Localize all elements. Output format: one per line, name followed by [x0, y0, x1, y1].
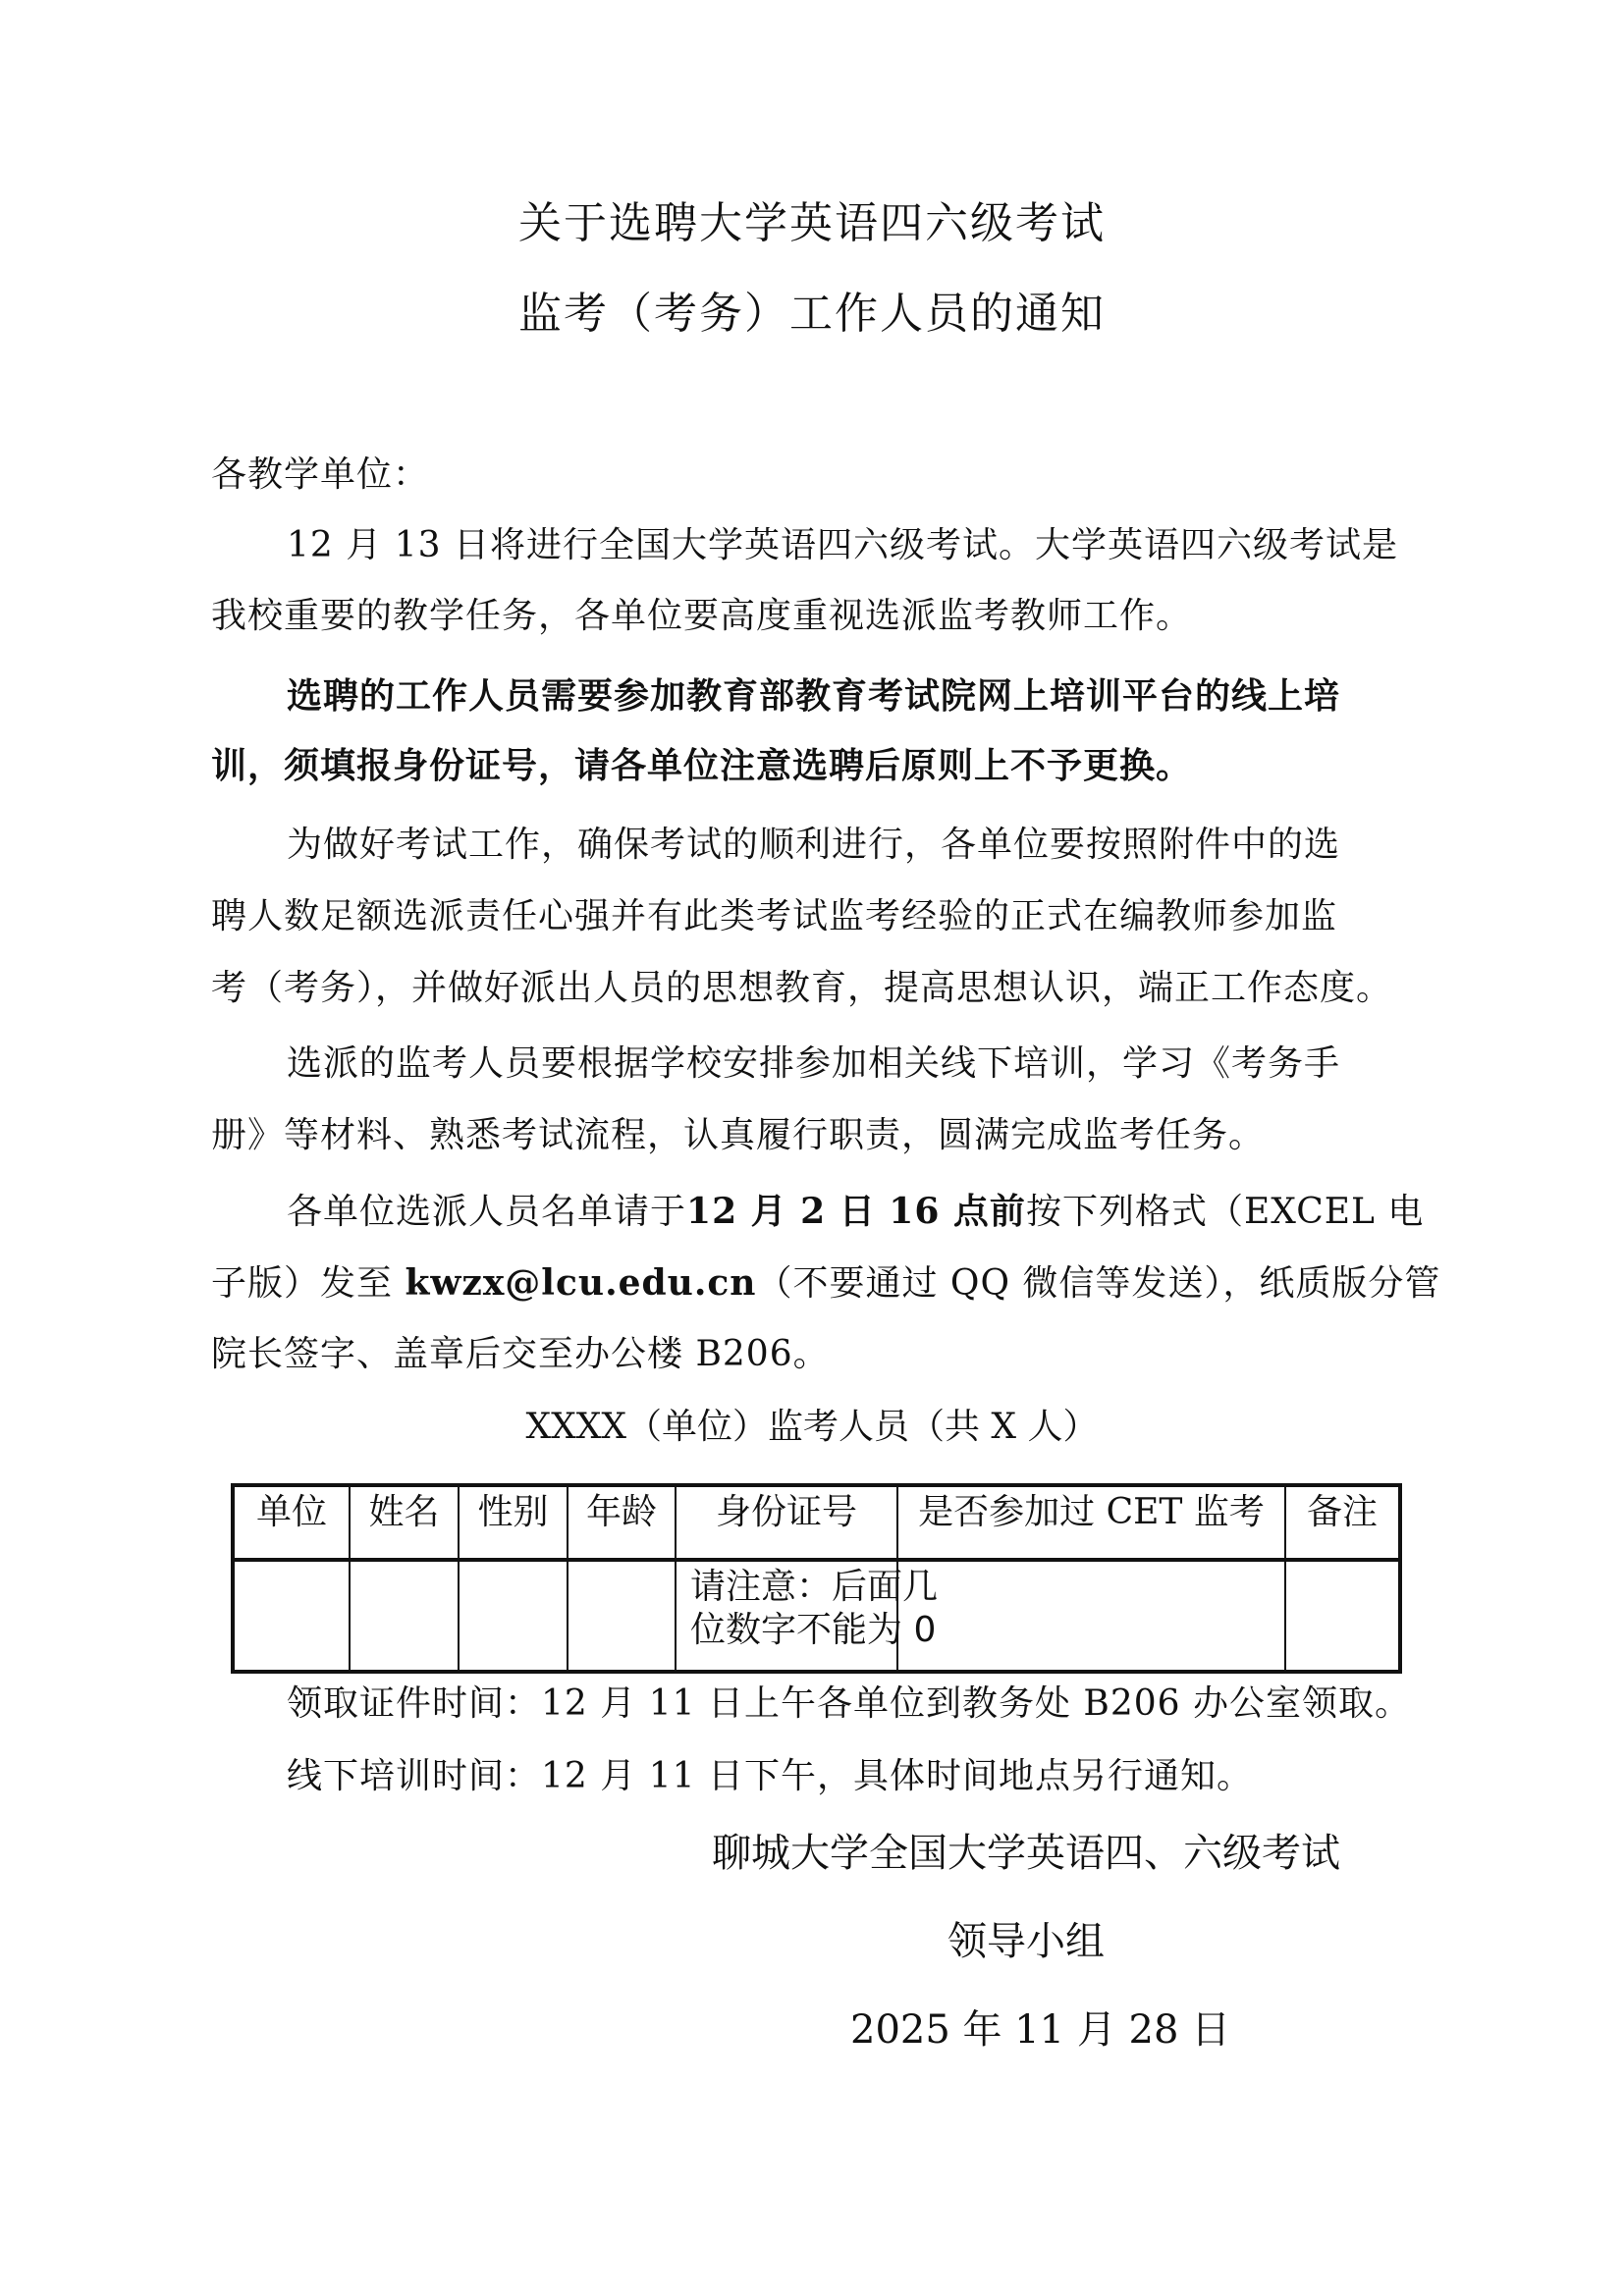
paragraph-1-line-1: 12 月 13 日将进行全国大学英语四六级考试。大学英语四六级考试是: [287, 522, 1426, 569]
certificate-pickup-time: 领取证件时间：12 月 11 日上午各单位到教务处 B206 办公室领取。: [287, 1681, 1426, 1728]
id-note-line-1: 请注意：后面几: [690, 1566, 891, 1609]
cell-gender: [459, 1560, 568, 1672]
document-title-line-2: 监考（考务）工作人员的通知: [0, 285, 1624, 344]
cell-name: [350, 1560, 459, 1672]
paragraph-2-line-2: 训，须填报身份证号，请各单位注意选聘后原则上不予更换。: [211, 742, 1429, 789]
table-row: 请注意：后面几 位数字不能为 0: [233, 1560, 1400, 1672]
submission-note: （不要通过 QQ 微信等发送），纸质版分管: [756, 1263, 1440, 1304]
paragraph-4-line-2: 册》等材料、熟悉考试流程，认真履行职责，圆满完成监考任务。: [211, 1112, 1429, 1159]
submission-instruction: 各单位选派人员名单请于: [287, 1192, 686, 1232]
header-name: 姓名: [350, 1485, 459, 1560]
cell-unit: [233, 1560, 350, 1672]
id-note-line-2: 位数字不能为 0: [690, 1609, 891, 1652]
paragraph-5-line-2: 子版）发至 kwzx@lcu.edu.cn（不要通过 QQ 微信等发送），纸质版…: [211, 1259, 1429, 1308]
paragraph-3-line-3: 考（考务），并做好派出人员的思想教育，提高思想认识，端正工作态度。: [211, 965, 1429, 1012]
paragraph-3-line-1: 为做好考试工作，确保考试的顺利进行，各单位要按照附件中的选: [287, 822, 1426, 869]
submission-deadline: 12 月 2 日 16 点前: [686, 1191, 1026, 1232]
table-header-row: 单位 姓名 性别 年龄 身份证号 是否参加过 CET 监考 备注: [233, 1485, 1400, 1560]
paragraph-4-line-1: 选派的监考人员要根据学校安排参加相关线下培训，学习《考务手: [287, 1041, 1426, 1088]
header-cet-experience: 是否参加过 CET 监考: [897, 1485, 1285, 1560]
cell-remarks: [1285, 1560, 1400, 1672]
paragraph-5-line-1: 各单位选派人员名单请于12 月 2 日 16 点前按下列格式（EXCEL 电: [287, 1188, 1426, 1236]
cell-cet-experience: [897, 1560, 1285, 1672]
submission-email-link[interactable]: kwzx@lcu.edu.cn: [405, 1262, 756, 1304]
cell-age: [568, 1560, 676, 1672]
header-unit: 单位: [233, 1485, 350, 1560]
submission-format: 按下列格式（EXCEL 电: [1026, 1192, 1424, 1232]
salutation: 各教学单位：: [211, 452, 1429, 499]
offline-training-time: 线下培训时间：12 月 11 日下午，具体时间地点另行通知。: [287, 1753, 1426, 1800]
staff-form-table: 单位 姓名 性别 年龄 身份证号 是否参加过 CET 监考 备注 请注意：后面几…: [231, 1483, 1402, 1674]
header-remarks: 备注: [1285, 1485, 1400, 1560]
table-caption: XXXX（单位）监考人员（共 X 人）: [0, 1404, 1624, 1451]
paragraph-1-line-2: 我校重要的教学任务，各单位要高度重视选派监考教师工作。: [211, 593, 1429, 640]
cell-id-number-note: 请注意：后面几 位数字不能为 0: [676, 1560, 897, 1672]
header-id-number: 身份证号: [676, 1485, 897, 1560]
signature-group: 领导小组: [673, 1914, 1380, 1969]
signature-organization: 聊城大学全国大学英语四、六级考试: [673, 1826, 1380, 1881]
paragraph-3-line-2: 聘人数足额选派责任心强并有此类考试监考经验的正式在编教师参加监: [211, 893, 1429, 940]
document-title-line-1: 关于选聘大学英语四六级考试: [0, 194, 1624, 253]
header-gender: 性别: [459, 1485, 568, 1560]
header-age: 年龄: [568, 1485, 676, 1560]
paragraph-2-line-1: 选聘的工作人员需要参加教育部教育考试院网上培训平台的线上培: [287, 672, 1426, 720]
paragraph-5-line-3: 院长签字、盖章后交至办公楼 B206。: [211, 1331, 1429, 1378]
signature-date: 2025 年 11 月 28 日: [850, 2002, 1230, 2057]
submission-send-to: 子版）发至: [211, 1263, 405, 1304]
